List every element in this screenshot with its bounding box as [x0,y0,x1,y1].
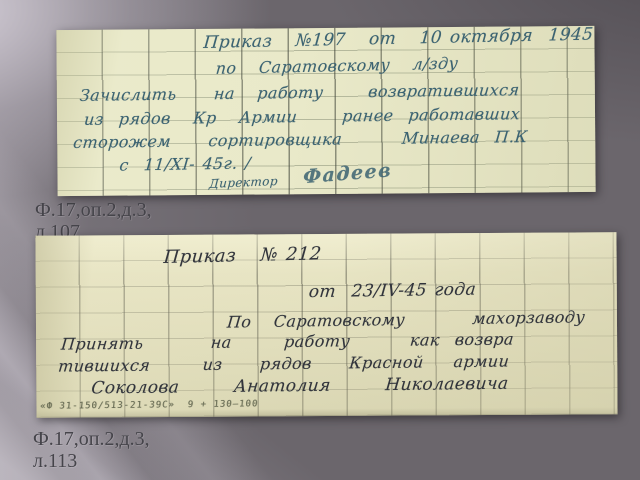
handwriting-line: Приказ №197 от 10 октября 1945 [203,24,595,53]
slide: Приказ №197 от 10 октября 1945по Саратов… [0,0,640,480]
handwriting-line: Приказ № 212 [163,243,323,268]
handwriting-line: из рядов Кр Армии ранее работавших [83,104,521,129]
handwriting-line: сторожем сортировщика Минаева П.К [72,127,528,152]
handwriting-line: с 11/XI- 45г. / [119,153,252,174]
document-scan-order-197: Приказ №197 от 10 октября 1945по Саратов… [56,26,595,196]
handwriting-line: от 23/IV-45 года [308,280,477,303]
ledger-paper-107: Приказ №197 от 10 октября 1945по Саратов… [56,26,595,196]
handwriting-line: Зачислить на работу возвратившихся [79,80,520,105]
signature: Фадеев [303,159,393,188]
handwriting-line: по Саратовскому л/зду [215,54,459,78]
caption-line: Ф.17,оп.2,д.3, [33,428,150,450]
handwriting-line: Соколова Анатолия Николаевича [90,374,509,399]
caption-line: Ф.17,оп.2,д.3, [35,199,152,221]
archive-reference-113: Ф.17,оп.2,д.3, л.113 [33,428,150,472]
handwriting-line: Директор [209,174,279,191]
handwriting-line: тившихся из рядов Красной армии [57,352,510,376]
ledger-paper-113: Приказ № 212от 23/IV-45 годаПо Саратовск… [35,232,617,418]
handwriting-line: Принять на работу как возвра [60,329,515,353]
document-scan-order-212: Приказ № 212от 23/IV-45 годаПо Саратовск… [35,232,617,418]
caption-line: л.113 [33,450,77,472]
handwriting-line: По Саратовскому махорзаводу [226,307,586,331]
printed-form-footer: «Ф 31-150/513-21-39С» 9 + 130—100 [40,399,259,411]
